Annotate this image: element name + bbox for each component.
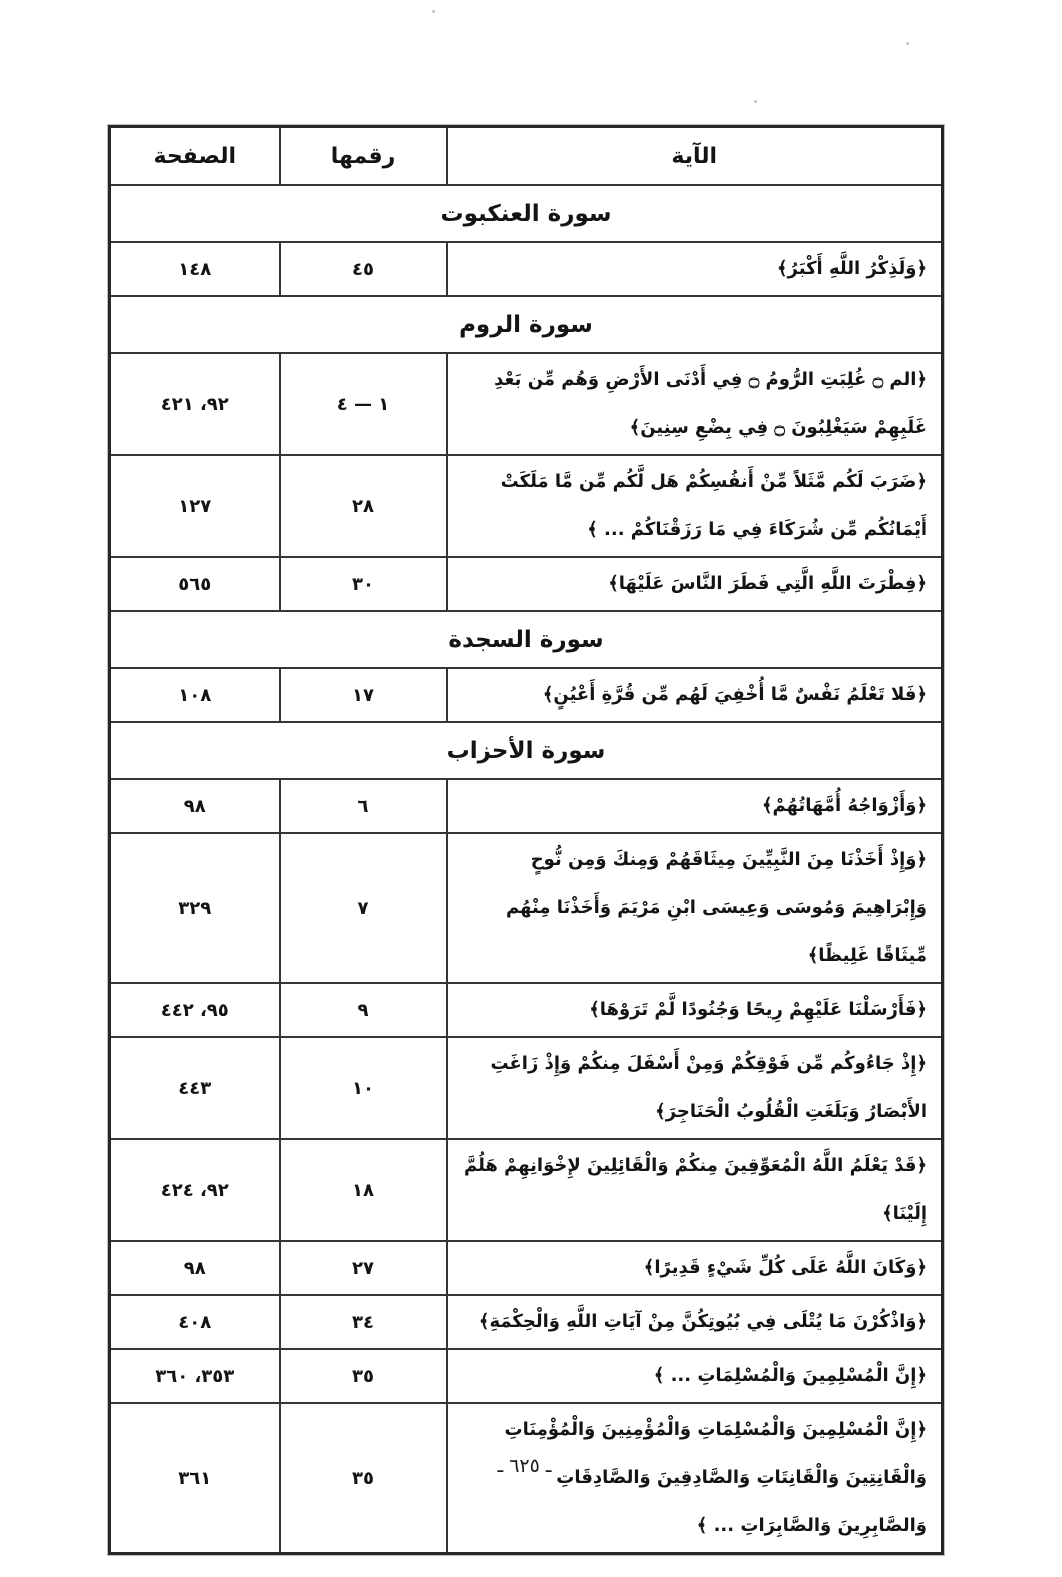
scanned-book-page: الآية رقمها الصفحة سورة العنكبوت﴿وَلَذِك…	[0, 0, 1062, 1577]
page-number: ٣٥٣، ٣٦٠	[110, 1349, 280, 1403]
verse-text: ﴿فَلا تَعْلَمُ نَفْسٌ مَّا أُخْفِيَ لَهُ…	[447, 668, 943, 722]
surah-title: سورة العنكبوت	[110, 185, 943, 242]
verse-entry-row: ﴿فَلا تَعْلَمُ نَفْسٌ مَّا أُخْفِيَ لَهُ…	[110, 668, 943, 722]
column-header-verse: الآية	[447, 127, 943, 186]
verse-entry-row: ﴿إِنَّ الْمُسْلِمِينَ وَالْمُسْلِمَاتِ .…	[110, 1349, 943, 1403]
verse-number: ٧	[280, 833, 447, 983]
verse-entry-row: ﴿فَأَرْسَلْنَا عَلَيْهِمْ رِيحًا وَجُنُو…	[110, 983, 943, 1037]
verse-text: ﴿وَإِذْ أَخَذْنَا مِنَ النَّبِيِّينَ مِي…	[447, 833, 943, 983]
scan-speck	[754, 100, 757, 103]
page-number: ٥٦٥	[110, 557, 280, 611]
surah-title: سورة السجدة	[110, 611, 943, 668]
column-header-number: رقمها	[280, 127, 447, 186]
verse-text: ﴿وَكَانَ اللَّهُ عَلَى كُلِّ شَيْءٍ قَدِ…	[447, 1241, 943, 1295]
verse-text: ﴿وَاذْكُرْنَ مَا يُتْلَى فِي بُيُوتِكُنَ…	[447, 1295, 943, 1349]
verse-entry-row: ﴿ضَرَبَ لَكُم مَّثَلاً مِّنْ أَنفُسِكُمْ…	[110, 455, 943, 557]
verse-text: ﴿إِذْ جَاءُوكُم مِّن فَوْقِكُمْ وَمِنْ أ…	[447, 1037, 943, 1139]
verse-number: ٦	[280, 779, 447, 833]
page-number: ٣٢٩	[110, 833, 280, 983]
verse-text: ﴿الم ۝ غُلِبَتِ الرُّومُ ۝ فِي أَدْنَى ا…	[447, 353, 943, 455]
column-header-page: الصفحة	[110, 127, 280, 186]
verse-entry-row: ﴿إِنَّ الْمُسْلِمِينَ وَالْمُسْلِمَاتِ و…	[110, 1403, 943, 1554]
page-number: ٤٠٨	[110, 1295, 280, 1349]
verse-number: ٣٤	[280, 1295, 447, 1349]
verse-text: ﴿إِنَّ الْمُسْلِمِينَ وَالْمُسْلِمَاتِ و…	[447, 1403, 943, 1554]
surah-section-row: سورة العنكبوت	[110, 185, 943, 242]
page-number: ١٢٧	[110, 455, 280, 557]
verse-number: ٤٥	[280, 242, 447, 296]
verse-text: ﴿إِنَّ الْمُسْلِمِينَ وَالْمُسْلِمَاتِ .…	[447, 1349, 943, 1403]
verse-text: ﴿ضَرَبَ لَكُم مَّثَلاً مِّنْ أَنفُسِكُمْ…	[447, 455, 943, 557]
verse-number: ٩	[280, 983, 447, 1037]
page-number: ٩٨	[110, 1241, 280, 1295]
verse-text: ﴿وَأَزْوَاجُهُ أُمَّهَاتُهُمْ﴾	[447, 779, 943, 833]
verse-number: ١٠	[280, 1037, 447, 1139]
verse-number: ١ — ٤	[280, 353, 447, 455]
verse-number: ١٨	[280, 1139, 447, 1241]
verse-text: ﴿قَدْ يَعْلَمُ اللَّهُ الْمُعَوِّقِينَ م…	[447, 1139, 943, 1241]
surah-section-row: سورة السجدة	[110, 611, 943, 668]
verse-entry-row: ﴿وَاذْكُرْنَ مَا يُتْلَى فِي بُيُوتِكُنَ…	[110, 1295, 943, 1349]
verse-number: ٣٠	[280, 557, 447, 611]
verse-number: ٣٥	[280, 1403, 447, 1554]
verse-text: ﴿فَأَرْسَلْنَا عَلَيْهِمْ رِيحًا وَجُنُو…	[447, 983, 943, 1037]
verse-index-table: الآية رقمها الصفحة سورة العنكبوت﴿وَلَذِك…	[108, 125, 944, 1555]
verse-number: ٢٨	[280, 455, 447, 557]
verse-number: ٢٧	[280, 1241, 447, 1295]
surah-title: سورة الأحزاب	[110, 722, 943, 779]
verse-entry-row: ﴿قَدْ يَعْلَمُ اللَّهُ الْمُعَوِّقِينَ م…	[110, 1139, 943, 1241]
verse-entry-row: ﴿وَإِذْ أَخَذْنَا مِنَ النَّبِيِّينَ مِي…	[110, 833, 943, 983]
page-number: ٩٥، ٤٤٢	[110, 983, 280, 1037]
surah-section-row: سورة الأحزاب	[110, 722, 943, 779]
page-number: ١٤٨	[110, 242, 280, 296]
surah-title: سورة الروم	[110, 296, 943, 353]
page-number: ١٠٨	[110, 668, 280, 722]
page-number: ٩٢، ٤٢١	[110, 353, 280, 455]
page-number-footer: ـ ٦٢٥ ـ	[108, 1455, 941, 1477]
verse-entry-row: ﴿إِذْ جَاءُوكُم مِّن فَوْقِكُمْ وَمِنْ أ…	[110, 1037, 943, 1139]
scan-speck	[906, 42, 909, 45]
verse-entry-row: ﴿وَكَانَ اللَّهُ عَلَى كُلِّ شَيْءٍ قَدِ…	[110, 1241, 943, 1295]
verse-text: ﴿وَلَذِكْرُ اللَّهِ أَكْبَرُ﴾	[447, 242, 943, 296]
verse-entry-row: ﴿وَلَذِكْرُ اللَّهِ أَكْبَرُ﴾٤٥١٤٨	[110, 242, 943, 296]
table-header-row: الآية رقمها الصفحة	[110, 127, 943, 186]
verse-entry-row: ﴿وَأَزْوَاجُهُ أُمَّهَاتُهُمْ﴾٦٩٨	[110, 779, 943, 833]
verse-number: ١٧	[280, 668, 447, 722]
surah-section-row: سورة الروم	[110, 296, 943, 353]
verse-text: ﴿فِطْرَتَ اللَّهِ الَّتِي فَطَرَ النَّاس…	[447, 557, 943, 611]
page-number: ٩٨	[110, 779, 280, 833]
page-number: ٤٤٣	[110, 1037, 280, 1139]
verse-entry-row: ﴿الم ۝ غُلِبَتِ الرُّومُ ۝ فِي أَدْنَى ا…	[110, 353, 943, 455]
scan-speck	[432, 10, 435, 13]
page-number: ٣٦١	[110, 1403, 280, 1554]
page-number: ٩٢، ٤٢٤	[110, 1139, 280, 1241]
verse-entry-row: ﴿فِطْرَتَ اللَّهِ الَّتِي فَطَرَ النَّاس…	[110, 557, 943, 611]
verse-number: ٣٥	[280, 1349, 447, 1403]
